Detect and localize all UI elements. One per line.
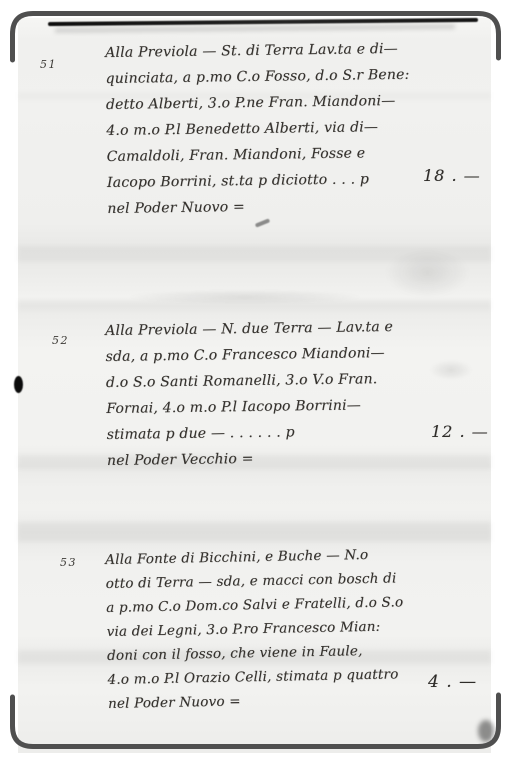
entry-text: Alla Previola — N. due Terra — Lav.ta e … [105, 312, 510, 474]
manuscript-line: nel Poder Nuovo = [107, 190, 510, 222]
scan-band [18, 522, 491, 542]
ledger-entry-53: 53 Alla Fonte di Bicchini, e Buche — N.o… [0, 548, 510, 716]
stain-mark [385, 248, 470, 298]
ledger-entry-51: 51 Alla Previola — St. di Terra Lav.ta e… [0, 40, 510, 222]
manuscript-line: nel Poder Vecchio = [107, 442, 510, 474]
ledger-entry-52: 52 Alla Previola — N. due Terra — Lav.ta… [0, 318, 510, 474]
entry-number: 51 [40, 58, 57, 71]
entry-number: 53 [60, 556, 77, 569]
scanned-page-canvas: 51 Alla Previola — St. di Terra Lav.ta e… [0, 0, 510, 760]
entry-amount-value: 18 . — [423, 166, 481, 185]
stain-mark [130, 290, 360, 304]
entry-number: 52 [52, 334, 69, 347]
stain-mark [478, 720, 494, 742]
entry-amount-value: 4 . — [428, 672, 477, 692]
entry-text: Alla Previola — St. di Terra Lav.ta e di… [105, 34, 510, 222]
entry-amount-value: 12 . — [431, 422, 489, 441]
